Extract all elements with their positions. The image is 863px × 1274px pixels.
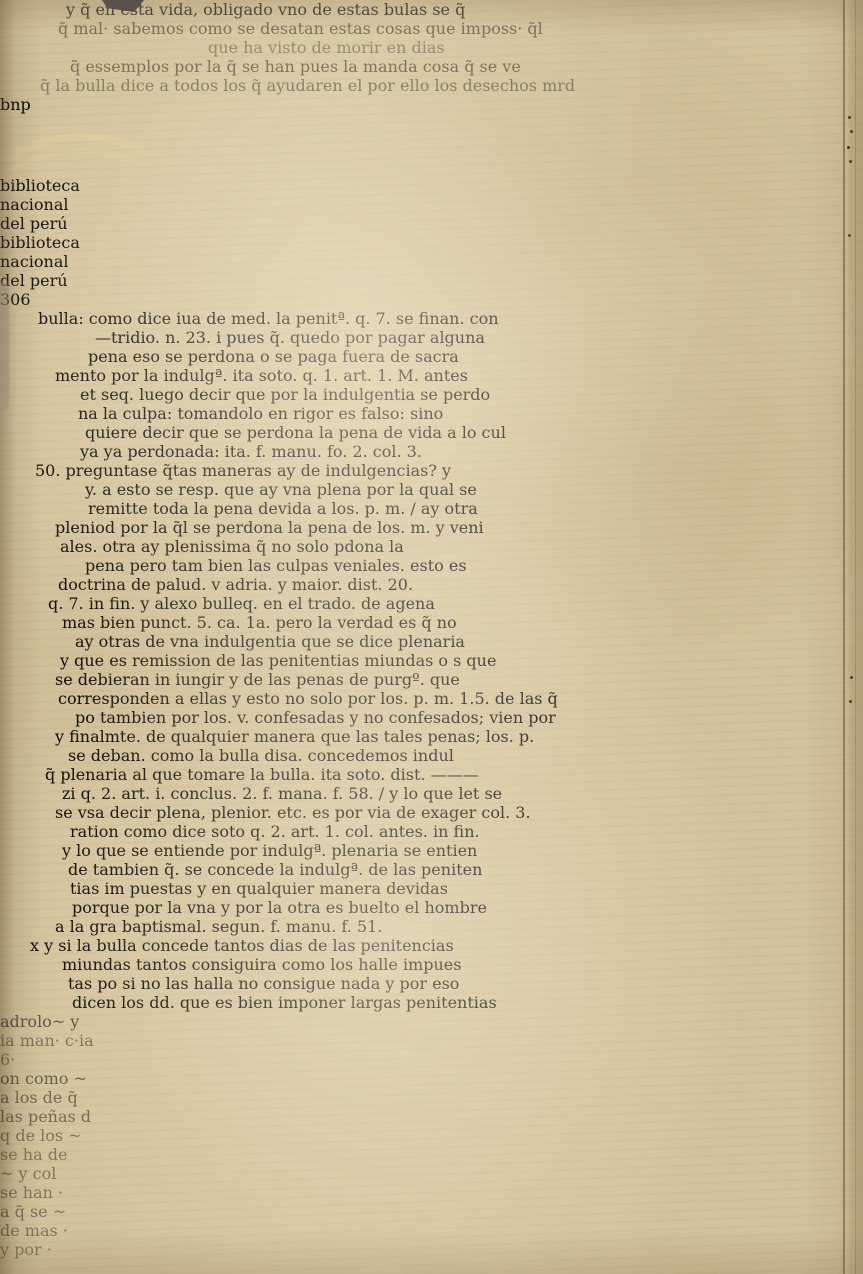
margin-fragment: q de los ~ bbox=[0, 1126, 863, 1145]
margin-fragment: las peñas d bbox=[0, 1107, 863, 1126]
margin-fragment: adrolo~ y bbox=[0, 1012, 863, 1031]
margin-fragment: a los de q̃ bbox=[0, 1088, 863, 1107]
fore-edge-ink-specks bbox=[848, 116, 851, 119]
showthrough-line: que ha visto de morir en dias bbox=[208, 38, 538, 57]
margin-fragment: y por · bbox=[0, 1240, 863, 1259]
showthrough-line: q̃ la bulla dice a todos los q̃ ayudaren… bbox=[40, 76, 820, 95]
right-margin-fragments: adrolo~ yia man· c·ia6·on como ~a los de… bbox=[0, 1012, 863, 1259]
gutter-edge-notch bbox=[0, 282, 9, 412]
margin-fragment: 6· bbox=[0, 1050, 863, 1069]
margin-fragment: se ha de bbox=[0, 1145, 863, 1164]
margin-fragment: ~ y col bbox=[0, 1164, 863, 1183]
book-fore-edge bbox=[843, 0, 863, 1274]
margin-fragment: a q̃ se ~ bbox=[0, 1202, 863, 1221]
showthrough-text-bottom: q̃ essemplos por la q̃ se han pues la ma… bbox=[0, 57, 863, 95]
showthrough-line: q̃ mal· sabemos como se desatan estas co… bbox=[58, 19, 768, 38]
margin-fragment: de mas · bbox=[0, 1221, 863, 1240]
margin-fragment: ia man· c·ia bbox=[0, 1031, 863, 1050]
showthrough-line: q̃ essemplos por la q̃ se han pues la ma… bbox=[70, 57, 790, 76]
fore-edge-inner-line bbox=[855, 0, 856, 1274]
manuscript-page-scan: y q̃ en esta vida, obligado vno de estas… bbox=[0, 0, 863, 1274]
showthrough-line: y q̃ en esta vida, obligado vno de estas… bbox=[66, 0, 756, 19]
margin-fragment: on como ~ bbox=[0, 1069, 863, 1088]
margin-fragment: se han · bbox=[0, 1183, 863, 1202]
